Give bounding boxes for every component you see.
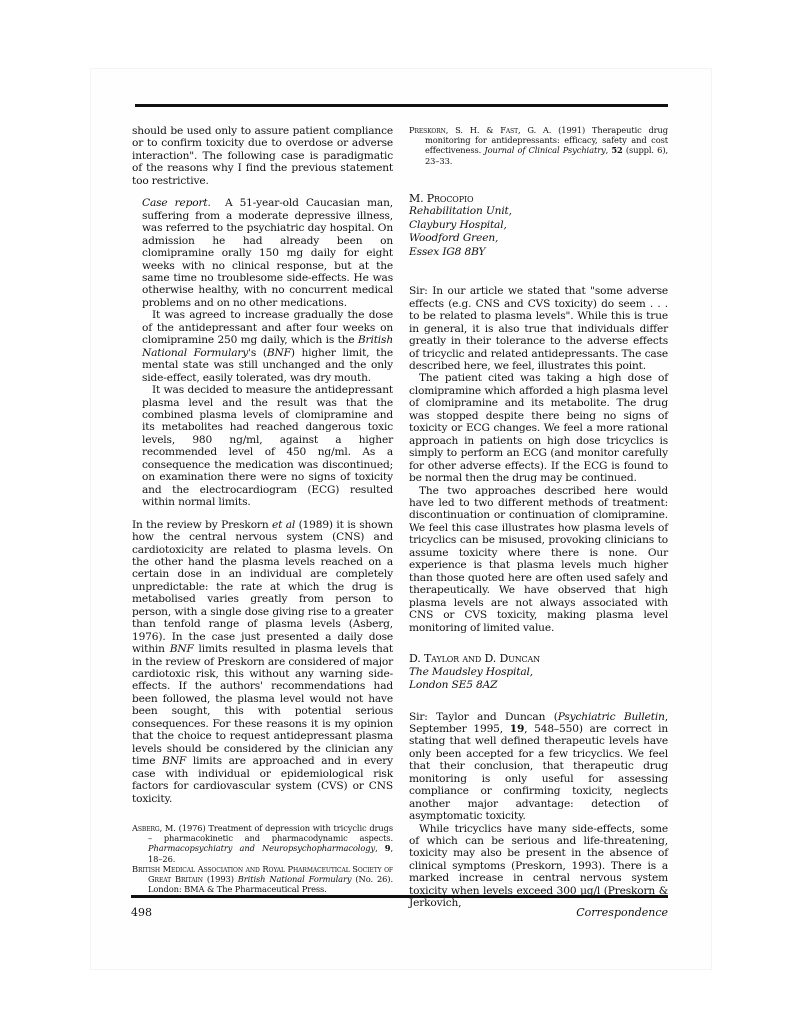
- header-rule: [135, 104, 668, 107]
- author-name: M. Procopio: [409, 192, 668, 206]
- address-line: The Maudsley Hospital,: [409, 666, 668, 680]
- reference-preskorn-fast: Preskorn, S. H. & Fast, G. A. (1991) The…: [409, 125, 668, 166]
- address-line: Rehabilitation Unit,: [409, 205, 668, 219]
- signature-procopio: M. Procopio Rehabilitation Unit, Claybur…: [409, 192, 668, 260]
- author-name: D. Taylor and D. Duncan: [409, 652, 668, 666]
- intro-paragraph: should be used only to assure patient co…: [132, 125, 393, 187]
- address-line: Woodford Green,: [409, 232, 668, 246]
- reply-paragraph-1: Sir: In our article we stated that "some…: [409, 285, 668, 372]
- address-line: Essex IG8 8BY: [409, 246, 668, 260]
- address-line: Claybury Hospital,: [409, 219, 668, 233]
- section-title: Correspondence: [576, 906, 668, 919]
- address-line: London SE5 8AZ: [409, 679, 668, 693]
- signature-taylor-duncan: D. Taylor and D. Duncan The Maudsley Hos…: [409, 652, 668, 693]
- left-column: should be used only to assure patient co…: [132, 125, 393, 894]
- case-report-p2: It was agreed to increase gradually the …: [142, 309, 393, 384]
- reference-bma: British Medical Association and Royal Ph…: [132, 864, 393, 895]
- page-number: 498: [131, 906, 152, 919]
- right-column: Preskorn, S. H. & Fast, G. A. (1991) The…: [409, 125, 668, 910]
- reply-paragraph-2: The patient cited was taking a high dose…: [409, 372, 668, 484]
- case-report-p3: It was decided to measure the antidepres…: [142, 384, 393, 509]
- letter2-paragraph-1: Sir: Taylor and Duncan (Psychiatric Bull…: [409, 711, 668, 823]
- reply-paragraph-3: The two approaches described here would …: [409, 485, 668, 634]
- case-report-p1: Case report. A 51-year-old Caucasian man…: [142, 197, 393, 309]
- reference-asberg: Asberg, M. (1976) Treatment of depressio…: [132, 823, 393, 864]
- case-report-label: Case report.: [142, 197, 211, 209]
- case-report: Case report. A 51-year-old Caucasian man…: [132, 197, 393, 508]
- discussion-paragraph: In the review by Preskorn et al (1989) i…: [132, 519, 393, 805]
- footer-rule: [131, 895, 668, 898]
